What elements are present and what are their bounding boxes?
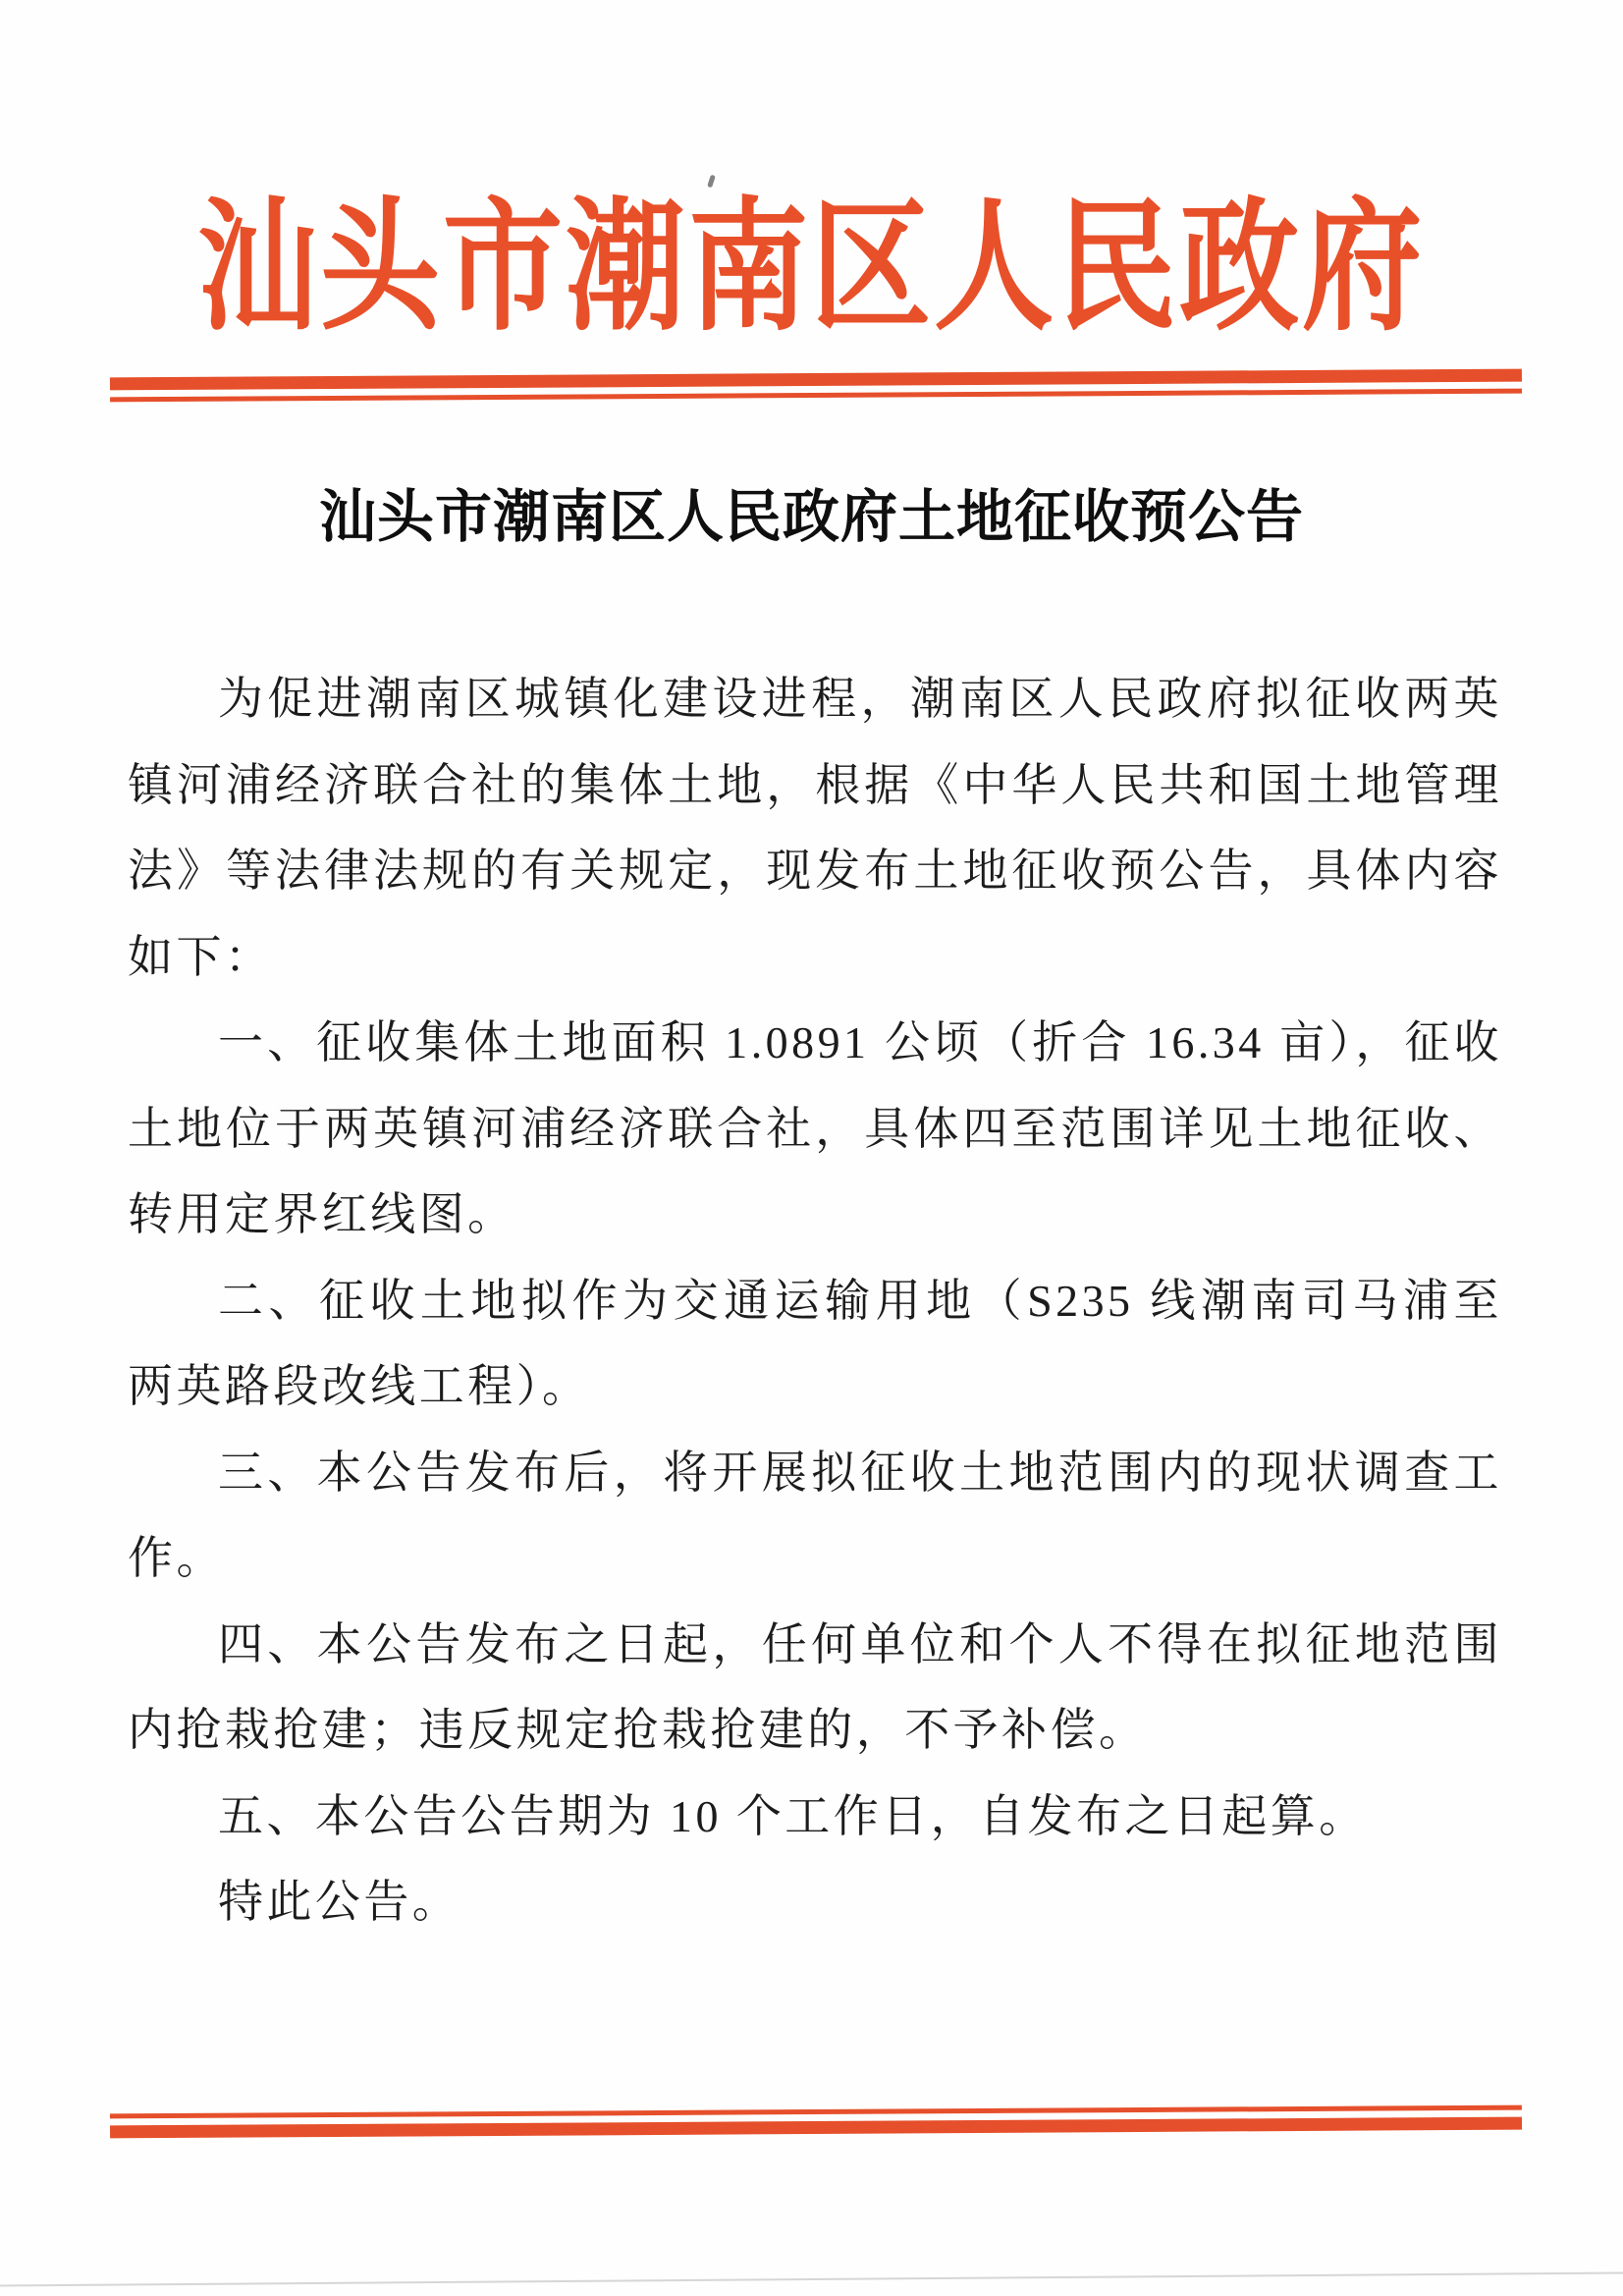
- footer-rule: [110, 2105, 1522, 2139]
- body-paragraph-intro: 为促进潮南区城镇化建设进程，潮南区人民政府拟征收两英镇河浦经济联合社的集体土地，…: [128, 656, 1502, 1000]
- document-body: 为促进潮南区城镇化建设进程，潮南区人民政府拟征收两英镇河浦经济联合社的集体土地，…: [128, 656, 1502, 1945]
- header-rule: [110, 369, 1522, 403]
- document-page: 汕头市潮南区人民政府 汕头市潮南区人民政府土地征收预公告 为促进潮南区城镇化建设…: [0, 0, 1623, 2296]
- agency-header: 汕头市潮南区人民政府: [0, 192, 1623, 346]
- body-paragraph-item-3: 三、本公告发布后，将开展拟征收土地范围内的现状调查工作。: [128, 1430, 1502, 1602]
- agency-header-text: 汕头市潮南区人民政府: [197, 184, 1425, 355]
- body-paragraph-closing: 特此公告。: [128, 1859, 1502, 1945]
- scan-artifact-line: [0, 2271, 1623, 2287]
- body-paragraph-item-5: 五、本公告公告期为 10 个工作日，自发布之日起算。: [128, 1774, 1502, 1860]
- body-paragraph-item-1: 一、征收集体土地面积 1.0891 公顷（折合 16.34 亩），征收土地位于两…: [128, 1000, 1502, 1258]
- body-paragraph-item-2: 二、征收土地拟作为交通运输用地（S235 线潮南司马浦至两英路段改线工程）。: [128, 1258, 1502, 1430]
- document-title: 汕头市潮南区人民政府土地征收预公告: [0, 485, 1623, 550]
- body-paragraph-item-4: 四、本公告发布之日起，任何单位和个人不得在拟征地范围内抢栽抢建；违反规定抢栽抢建…: [128, 1602, 1502, 1774]
